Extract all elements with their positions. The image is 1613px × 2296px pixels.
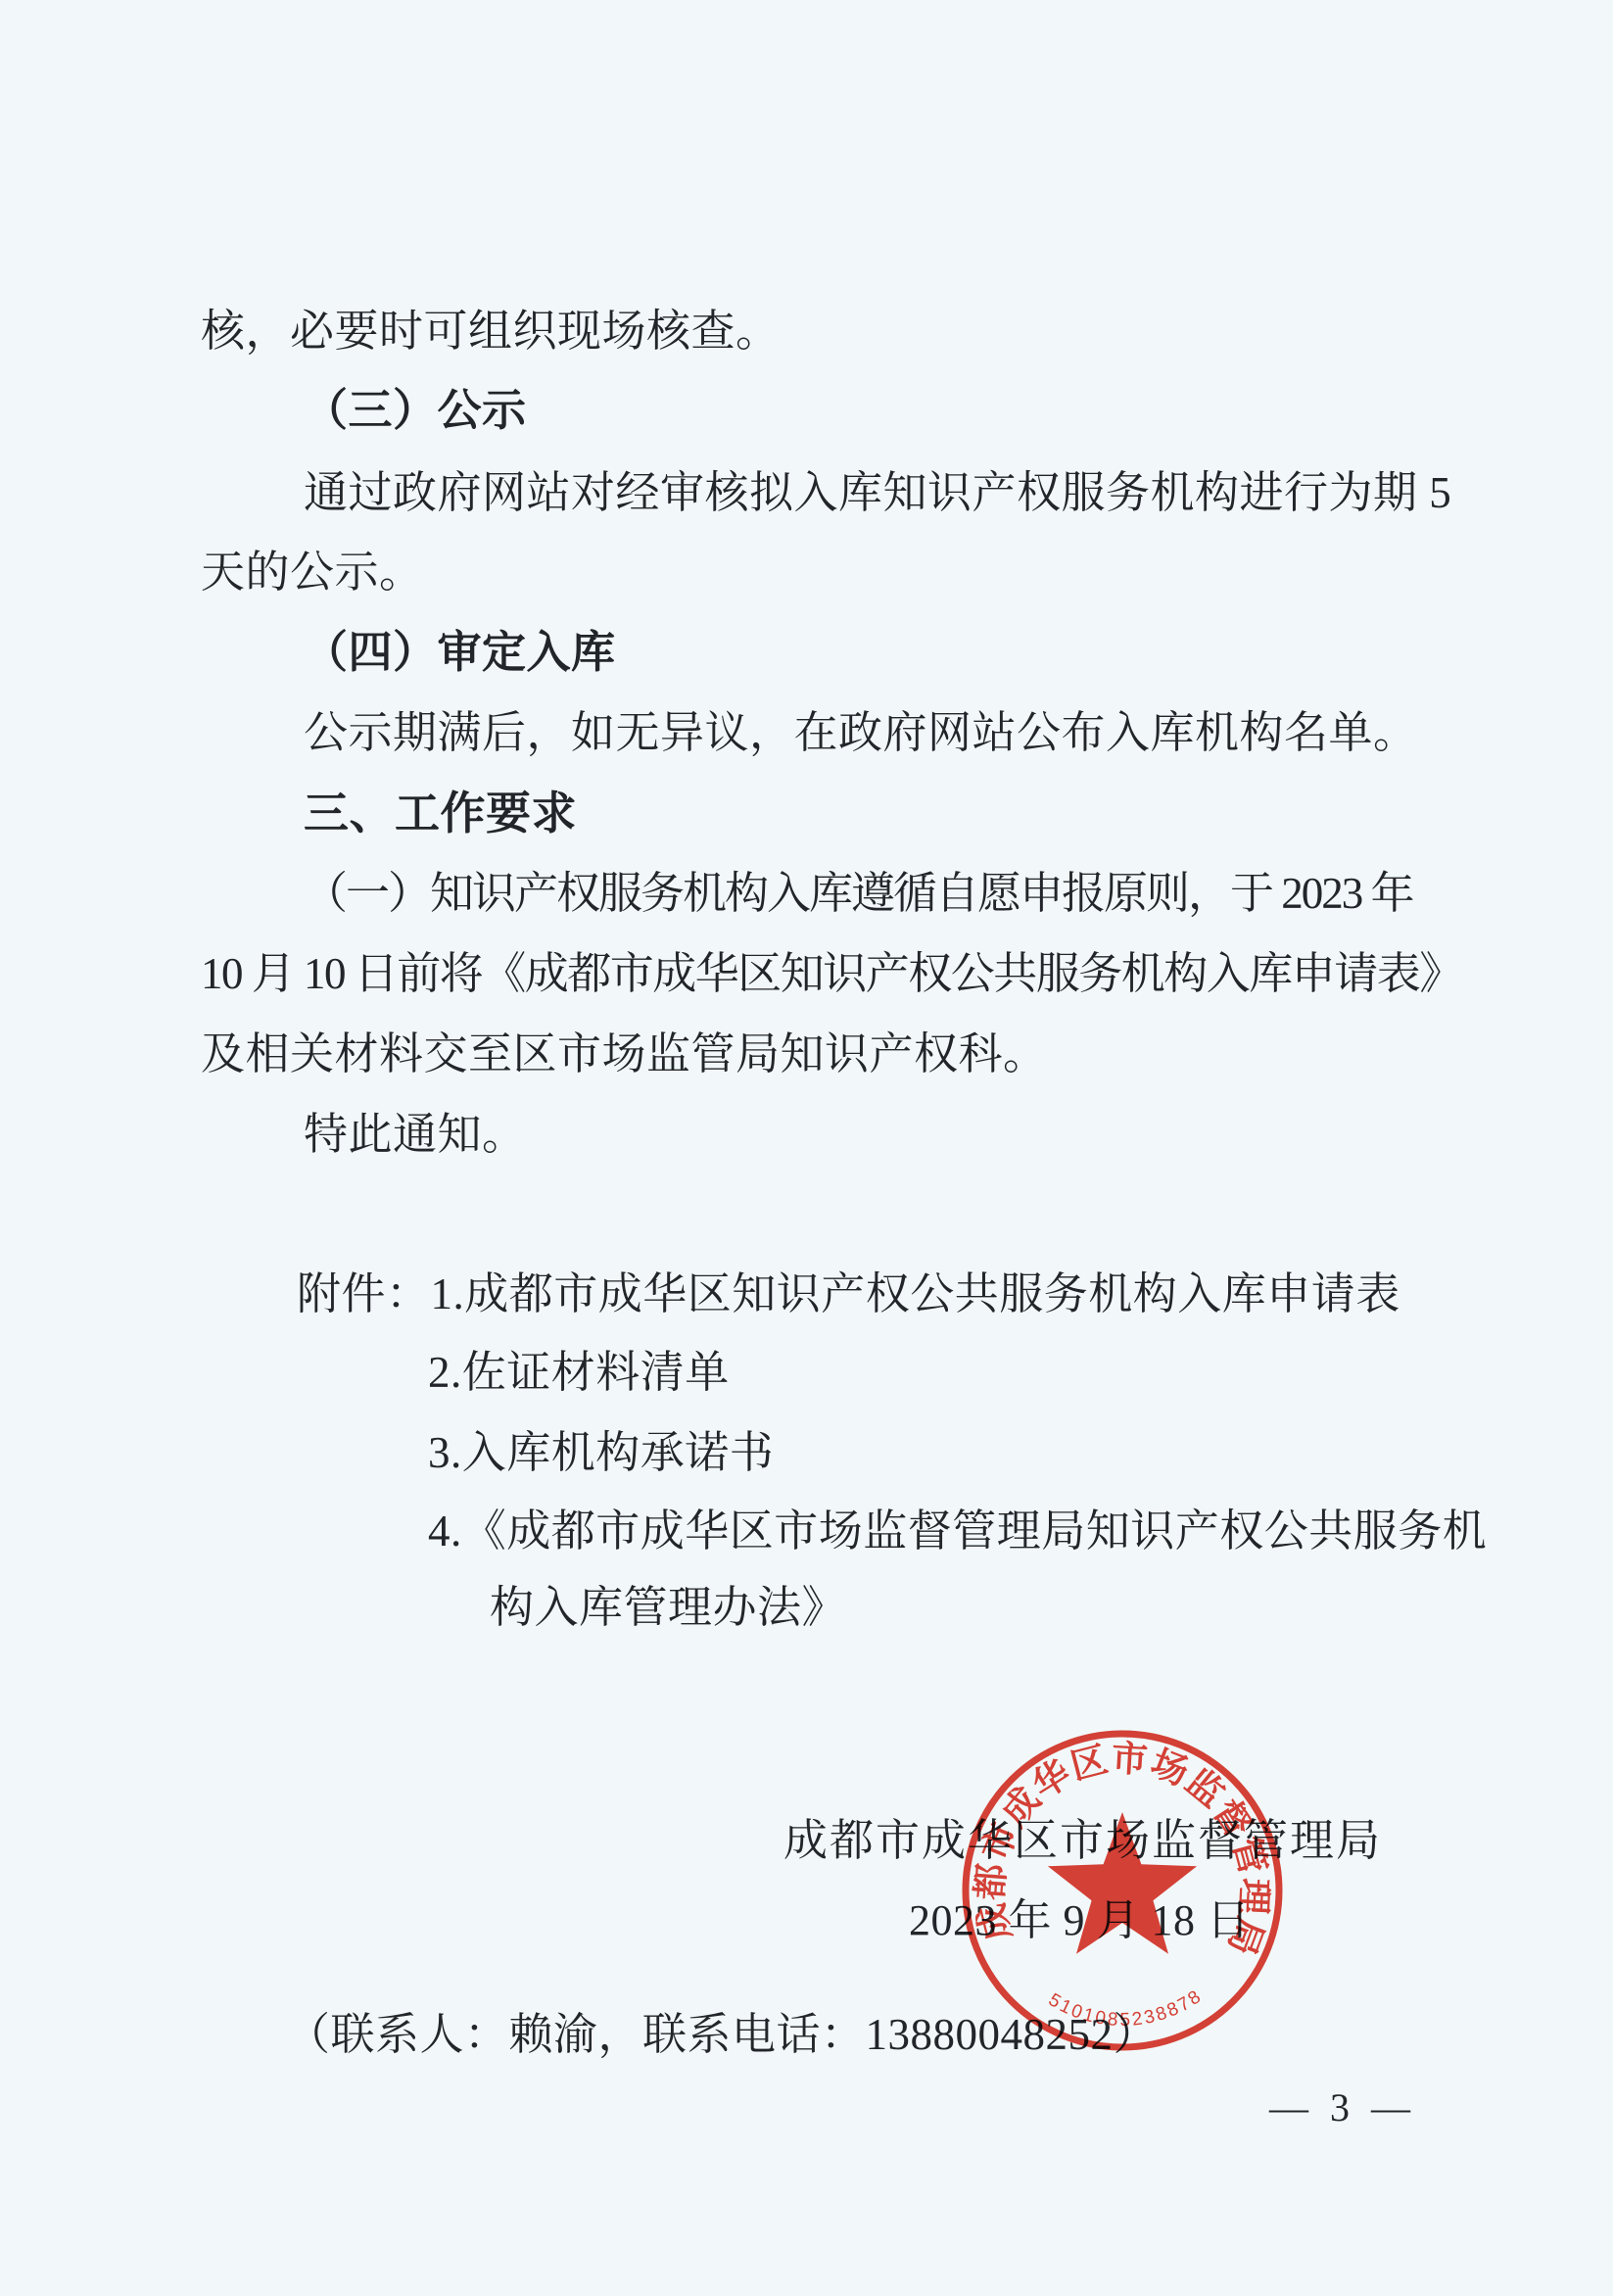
body-line: 及相关材料交至区市场监管局知识产权科。 [201,1027,1048,1081]
document-page: 核，必要时可组织现场核查。 （三）公示 通过政府网站对经审核拟入库知识产权服务机… [0,0,1613,2296]
section-heading-gongzuoyaoqiu: 三、工作要求 [304,786,577,840]
section-heading-gongshi: （三）公示 [304,383,527,438]
closing-line: 特此通知。 [304,1107,527,1162]
body-line: 核，必要时可组织现场核查。 [201,304,781,359]
body-line: 公示期满后，如无异议，在政府网站公布入库机构名单。 [304,705,1418,760]
attachment-item-4: 4.《成都市成华区市场监督管理局知识产权公共服务机 [428,1504,1487,1558]
page-number: — 3 — [1269,2084,1416,2130]
attachment-item-3: 3.入库机构承诺书 [428,1425,774,1480]
attachment-item-4-continued: 构入库管理办法》 [490,1580,846,1635]
attachment-item-1: 附件：1.成都市成华区知识产权公共服务机构入库申请表 [297,1267,1400,1321]
star-icon [1048,1812,1197,1954]
body-line: 10 月 10 日前将《成都市成华区知识产权公共服务机构入库申请表》 [201,946,1462,1001]
body-line: 通过政府网站对经审核拟入库知识产权服务机构进行为期 5 [304,465,1451,520]
body-line: （一）知识产权服务机构入库遵循自愿申报原则，于 2023 年 [304,866,1413,921]
official-seal: 成都市成华区市场监督管理局 5101085238878 [956,1729,1289,2062]
body-line: 天的公示。 [201,545,424,599]
seal-code-text: 5101085238878 [1045,1985,1207,2031]
attachment-item-2: 2.佐证材料清单 [428,1345,730,1400]
section-heading-shending: （四）审定入库 [304,625,616,680]
